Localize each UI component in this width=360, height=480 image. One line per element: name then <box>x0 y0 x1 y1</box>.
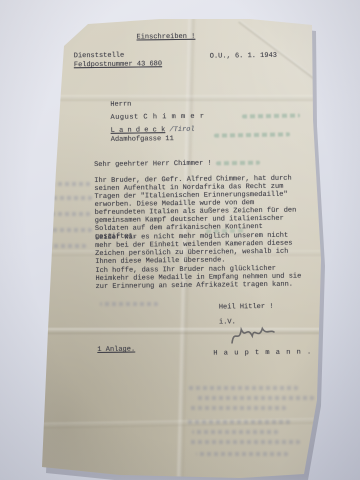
recipient-name: August C h i m m e r <box>110 113 204 122</box>
city-handwritten-annotation: /Tirol <box>169 126 194 134</box>
recipient-street: Adamhofgasse 11 <box>111 135 174 144</box>
letter-content: Einschreiben ! Dienststelle Feldpostnumm… <box>0 0 360 480</box>
bleed-through-mark <box>196 452 288 456</box>
letter-greeting: Sehr geehrter Herr Chimmer ! <box>94 160 212 169</box>
letter-paragraph: Leider war es nicht mehr möglich unserem… <box>95 231 309 266</box>
bleed-through-mark <box>188 440 300 444</box>
bleed-through-mark <box>46 212 90 216</box>
bleed-through-mark <box>40 196 92 200</box>
letter-paragraph: Ich hoffe, dass Ihr Bruder nach glücklic… <box>95 264 309 291</box>
recipient-salutation: Herrn <box>110 101 131 109</box>
handwriting-mark <box>216 161 260 166</box>
letter-date: O.U., 6. 1. 1943 <box>210 52 277 61</box>
photo-of-letter: Einschreiben ! Dienststelle Feldpostnumm… <box>0 0 360 480</box>
recipient-city: L a n d e c k <box>111 126 166 135</box>
bleed-through-mark <box>190 406 286 410</box>
bleed-through-mark <box>42 228 92 232</box>
handwriting-mark <box>206 229 246 234</box>
bleed-through-mark <box>192 430 278 434</box>
signature-rank: H a u p t m a n n . <box>213 348 312 357</box>
bleed-through-mark <box>44 182 90 186</box>
recipient-city-line: L a n d e c k /Tirol <box>111 126 195 135</box>
bleed-through-mark <box>196 396 314 400</box>
letter-paper: Einschreiben ! Dienststelle Feldpostnumm… <box>0 0 360 480</box>
registered-mail-header: Einschreiben ! <box>136 33 195 42</box>
sender-fieldpost-number: Feldpostnummer 43 680 <box>74 60 162 69</box>
enclosure-note: 1 Anlage. <box>97 346 135 354</box>
bleed-through-mark <box>186 420 290 424</box>
letter-closing: Heil Hitler ! <box>219 303 274 312</box>
sender-unit: Dienststelle <box>74 52 125 61</box>
bleed-through-mark <box>46 244 86 248</box>
bleed-through-mark <box>100 302 158 306</box>
bleed-through-mark <box>188 386 298 390</box>
